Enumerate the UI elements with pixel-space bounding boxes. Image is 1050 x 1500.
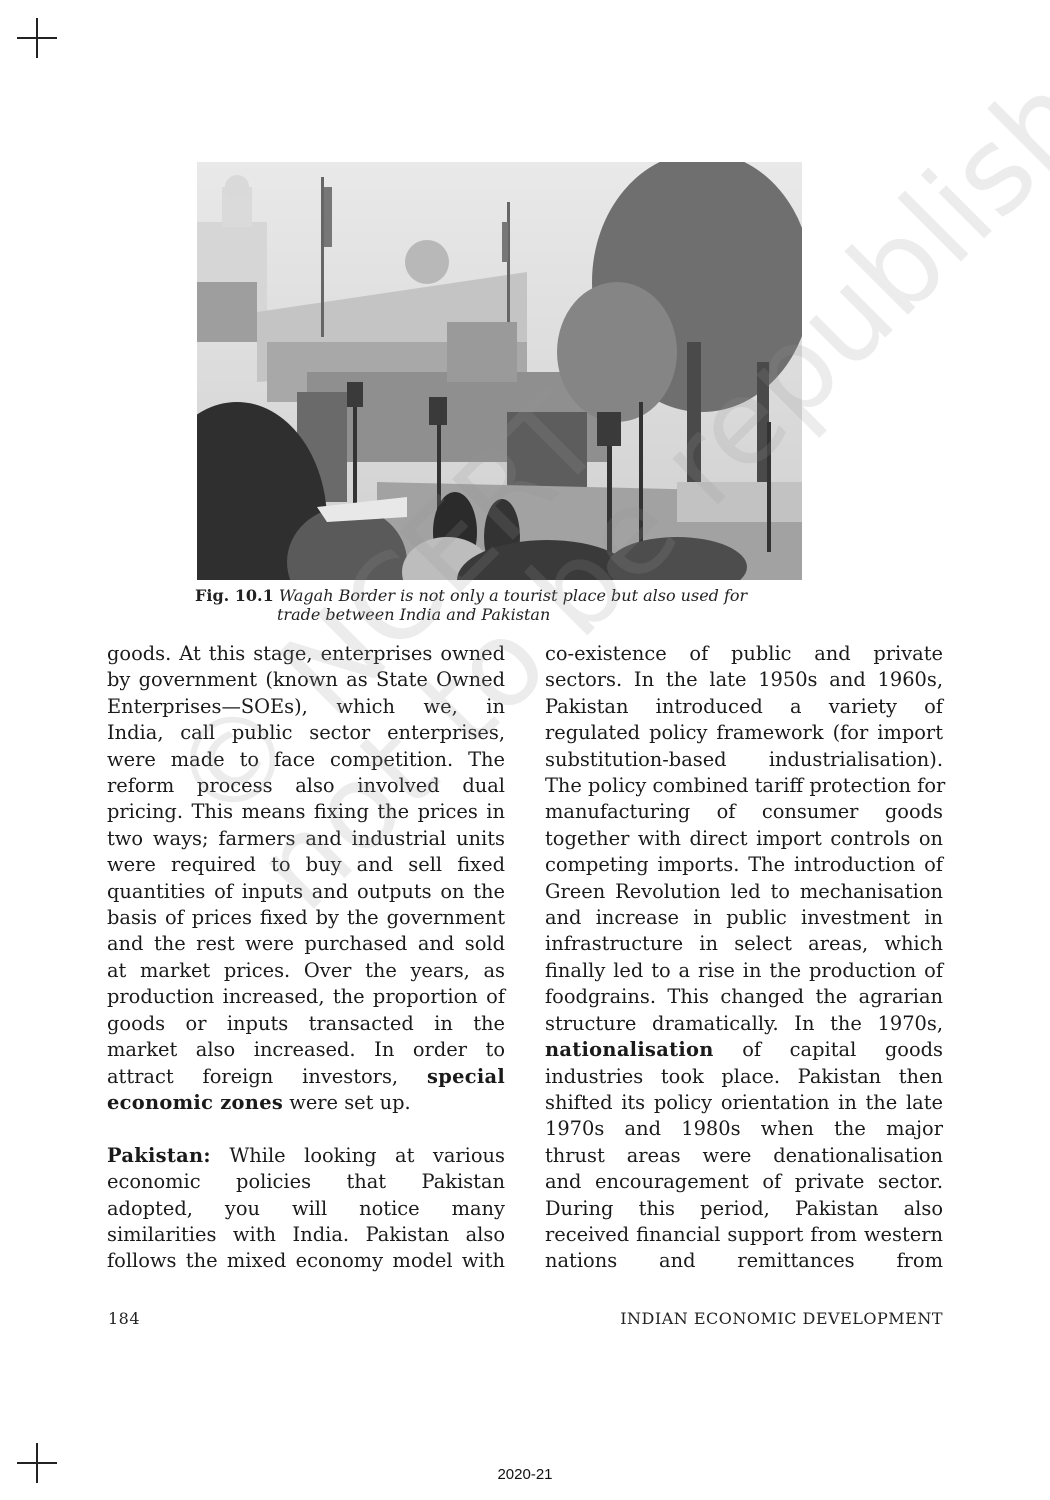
photo-illustration (197, 162, 802, 580)
text-line: During this period, Pakistan also (545, 1196, 943, 1222)
text-line: competing imports. The introduction of (545, 852, 943, 878)
figure-label: Fig. 10.1 (195, 586, 274, 605)
text-line: were made to face competition. The (107, 747, 505, 773)
text-line: similarities with India. Pakistan also (107, 1222, 505, 1248)
caption-line-2: trade between India and Pakistan (195, 605, 815, 624)
text-fragment: While looking at various (229, 1144, 505, 1167)
text-line: Green Revolution led to mechanisation (545, 879, 943, 905)
paragraph-dual-pricing: goods. At this stage, enterprises owned … (107, 641, 505, 1116)
text-line: basis of prices fixed by the government (107, 905, 505, 931)
text-line: market also increased. In order to (107, 1037, 505, 1063)
bold-term-economic-zones: economic zones (107, 1091, 283, 1114)
text-line: nationalisation of capital goods (545, 1037, 943, 1063)
text-line: adopted, you will notice many (107, 1196, 505, 1222)
bold-term-pakistan: Pakistan: (107, 1144, 211, 1167)
text-line: shifted its policy orientation in the la… (545, 1090, 943, 1116)
text-line: reform process also involved dual (107, 773, 505, 799)
text-line: The policy combined tariff protection fo… (545, 773, 943, 799)
year-stamp: 2020-21 (0, 1466, 1050, 1483)
text-fragment: of capital goods (742, 1038, 943, 1061)
page-number: 184 (108, 1309, 140, 1328)
text-line: foodgrains. This changed the agrarian (545, 984, 943, 1010)
text-line: pricing. This means fixing the prices in (107, 799, 505, 825)
paragraph-pakistan-policy: co-existence of public and private secto… (545, 641, 943, 1275)
crop-mark-top-left (17, 18, 57, 58)
text-line: at market prices. Over the years, as (107, 958, 505, 984)
text-line: 1970s and 1980s when the major (545, 1116, 943, 1142)
text-line: and increase in public investment in (545, 905, 943, 931)
text-line: and encouragement of private sector. (545, 1169, 943, 1195)
text-line: economic policies that Pakistan (107, 1169, 505, 1195)
text-column-right: co-existence of public and private secto… (545, 641, 943, 1275)
bold-term-nationalisation: nationalisation (545, 1038, 714, 1061)
text-line: follows the mixed economy model with (107, 1248, 505, 1274)
text-line: two ways; farmers and industrial units (107, 826, 505, 852)
text-line: quantities of inputs and outputs on the (107, 879, 505, 905)
text-line: India, call public sector enterprises, (107, 720, 505, 746)
text-line: goods or inputs transacted in the (107, 1011, 505, 1037)
text-line: sectors. In the late 1950s and 1960s, (545, 667, 943, 693)
text-line: and the rest were purchased and sold (107, 931, 505, 957)
text-line: were required to buy and sell fixed (107, 852, 505, 878)
paragraph-pakistan-intro: Pakistan: While looking at various econo… (107, 1143, 505, 1275)
text-line: received financial support from western (545, 1222, 943, 1248)
text-line: infrastructure in select areas, which (545, 931, 943, 957)
text-line: production increased, the proportion of (107, 984, 505, 1010)
figure-photo-wagah-border (197, 162, 802, 580)
text-column-left: goods. At this stage, enterprises owned … (107, 641, 505, 1275)
text-line: finally led to a rise in the production … (545, 958, 943, 984)
bold-term-special: special (427, 1065, 505, 1088)
figure-caption: Fig. 10.1 Wagah Border is not only a tou… (195, 586, 815, 624)
text-line: industries took place. Pakistan then (545, 1064, 943, 1090)
text-line: Pakistan introduced a variety of (545, 694, 943, 720)
text-line: Pakistan: While looking at various (107, 1143, 505, 1169)
text-line: together with direct import controls on (545, 826, 943, 852)
text-line: substitution-based industrialisation). (545, 747, 943, 773)
running-footer-book-title: INDIAN ECONOMIC DEVELOPMENT (620, 1309, 943, 1328)
text-line: structure dramatically. In the 1970s, (545, 1011, 943, 1037)
text-line: by government (known as State Owned (107, 667, 505, 693)
text-line: Enterprises—SOEs), which we, in (107, 694, 505, 720)
text-line: regulated policy framework (for import (545, 720, 943, 746)
text-fragment: attract foreign investors, (107, 1065, 398, 1088)
caption-line-1: Wagah Border is not only a tourist place… (279, 586, 747, 605)
text-line: manufacturing of consumer goods (545, 799, 943, 825)
text-line: economic zones were set up. (107, 1090, 505, 1116)
text-line: nations and remittances from (545, 1248, 943, 1274)
text-line: attract foreign investors, special (107, 1064, 505, 1090)
text-line: goods. At this stage, enterprises owned (107, 641, 505, 667)
text-fragment: were set up. (289, 1091, 410, 1114)
text-line: thrust areas were denationalisation (545, 1143, 943, 1169)
text-line: co-existence of public and private (545, 641, 943, 667)
